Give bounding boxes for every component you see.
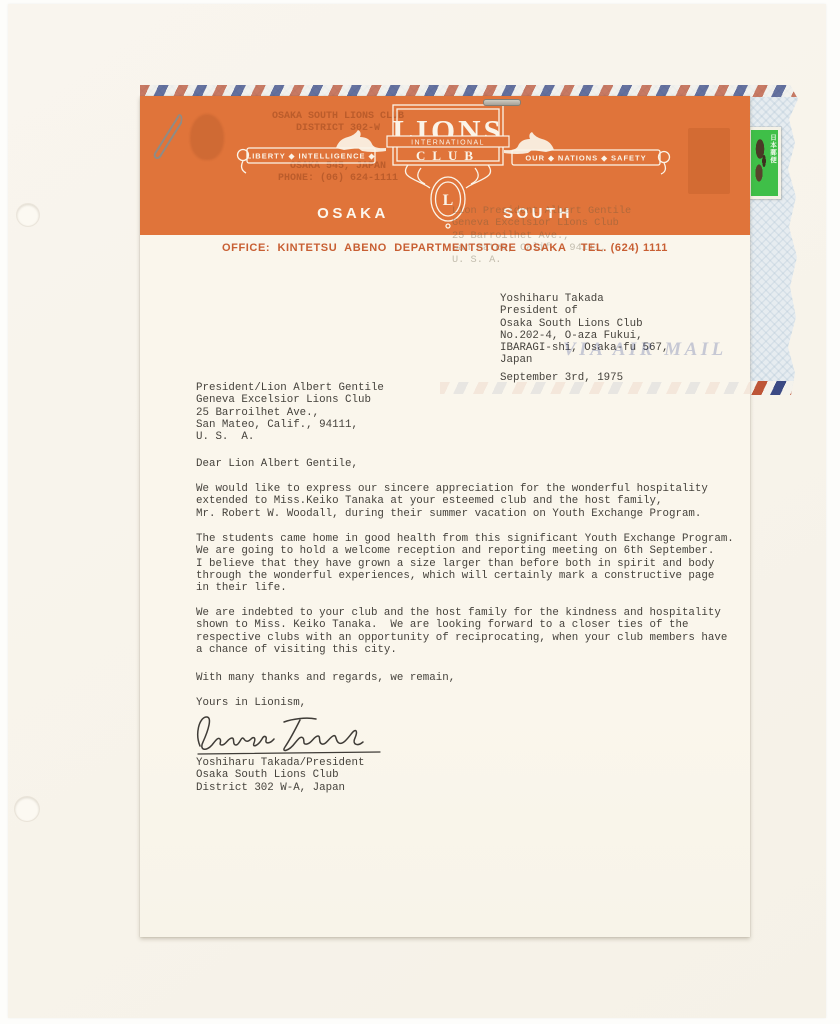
letterhead-banner: OSAKA SOUTH LIONS CLUB DISTRICT 302-W OS…: [140, 96, 750, 235]
closing-line: With many thanks and regards, we remain,: [196, 672, 455, 684]
logo-medallion-letter: L: [443, 192, 454, 209]
stamp-deer-figure: [752, 133, 767, 191]
handwritten-signature: [190, 712, 390, 758]
stamp-caption: 日本郵便: [768, 134, 777, 164]
letter-page: OSAKA SOUTH LIONS CLUB DISTRICT 302-W OS…: [140, 96, 750, 937]
punch-hole-top: [17, 204, 39, 226]
office-address-line: OFFICE: KINTETSU ABENO DEPARTMENTSTORE O…: [140, 242, 750, 254]
salutation: Dear Lion Albert Gentile,: [196, 458, 358, 470]
album-page: 日本郵便 OSAKA SOUTH LIONS CLUB DISTRICT 302…: [8, 4, 826, 1018]
logo-left-motto: LIBERTY ◆ INTELLIGENCE ◆: [247, 152, 376, 161]
paperclip: [148, 104, 190, 160]
logo-right-motto: OUR ◆ NATIONS ◆ SAFETY: [525, 154, 646, 163]
body-paragraph-3: We are indebted to your club and the hos…: [196, 607, 727, 656]
stamp-artwork: 日本郵便: [751, 130, 778, 196]
logo-band-word: INTERNATIONAL: [411, 140, 485, 147]
lions-club-logo: LIONS INTERNATIONAL CLUB L LIBERTY ◆ INT…: [140, 96, 750, 235]
logo-city-left: OSAKA: [317, 205, 389, 222]
body-paragraph-1: We would like to express our sincere app…: [196, 483, 708, 520]
staple: [483, 99, 521, 106]
body-paragraph-2: The students came home in good health fr…: [196, 533, 734, 594]
logo-city-right: SOUTH: [503, 205, 573, 222]
postage-stamp: 日本郵便: [748, 127, 781, 199]
valediction: Yours in Lionism,: [196, 697, 306, 709]
signature-block: Yoshiharu Takada/President Osaka South L…: [196, 757, 364, 794]
punch-hole-bottom: [15, 797, 39, 821]
logo-bottom-word: CLUB: [416, 148, 480, 163]
scanned-document: 日本郵便 OSAKA SOUTH LIONS CLUB DISTRICT 302…: [0, 0, 840, 1024]
date-line: September 3rd, 1975: [500, 372, 623, 384]
recipient-address-block: President/Lion Albert Gentile Geneva Exc…: [196, 382, 384, 443]
